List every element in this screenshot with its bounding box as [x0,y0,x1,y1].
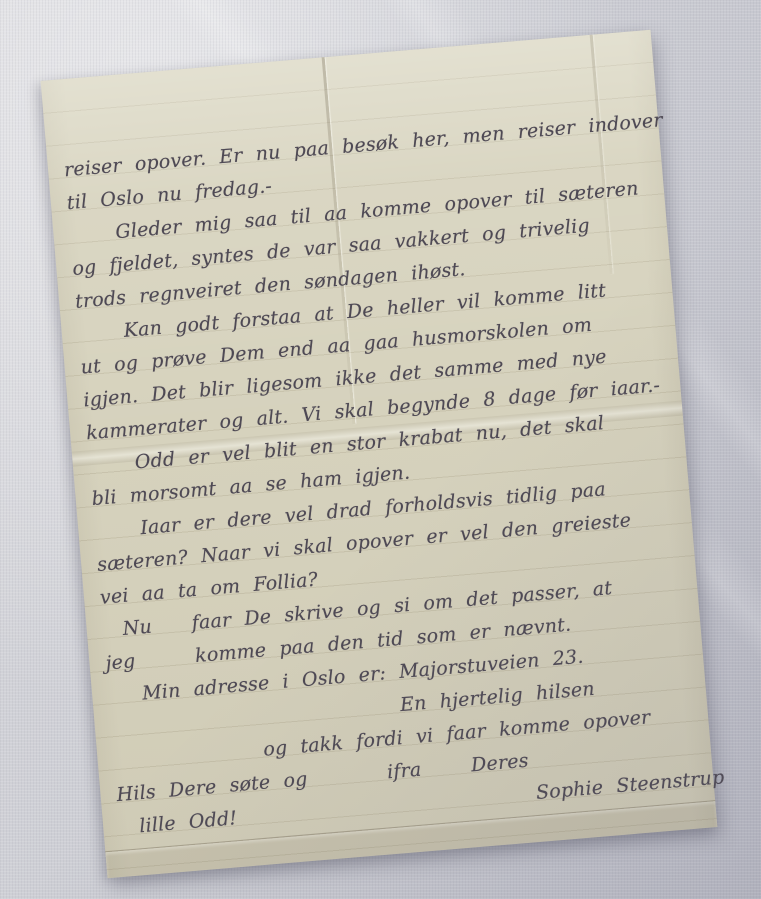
letter-line-text: lille Odd! [138,807,238,837]
letter-line-text: Nu [122,616,153,640]
letter-lines: reiser opover. Er nu paa besøk her, men … [63,105,709,845]
letter-line-text: ifra [386,759,422,784]
letter-line-text: Deres [470,750,529,777]
letter-paper: reiser opover. Er nu paa besøk her, men … [41,30,718,878]
photo-background: reiser opover. Er nu paa besøk her, men … [0,0,761,899]
letter-line-text: jeg [105,650,137,674]
